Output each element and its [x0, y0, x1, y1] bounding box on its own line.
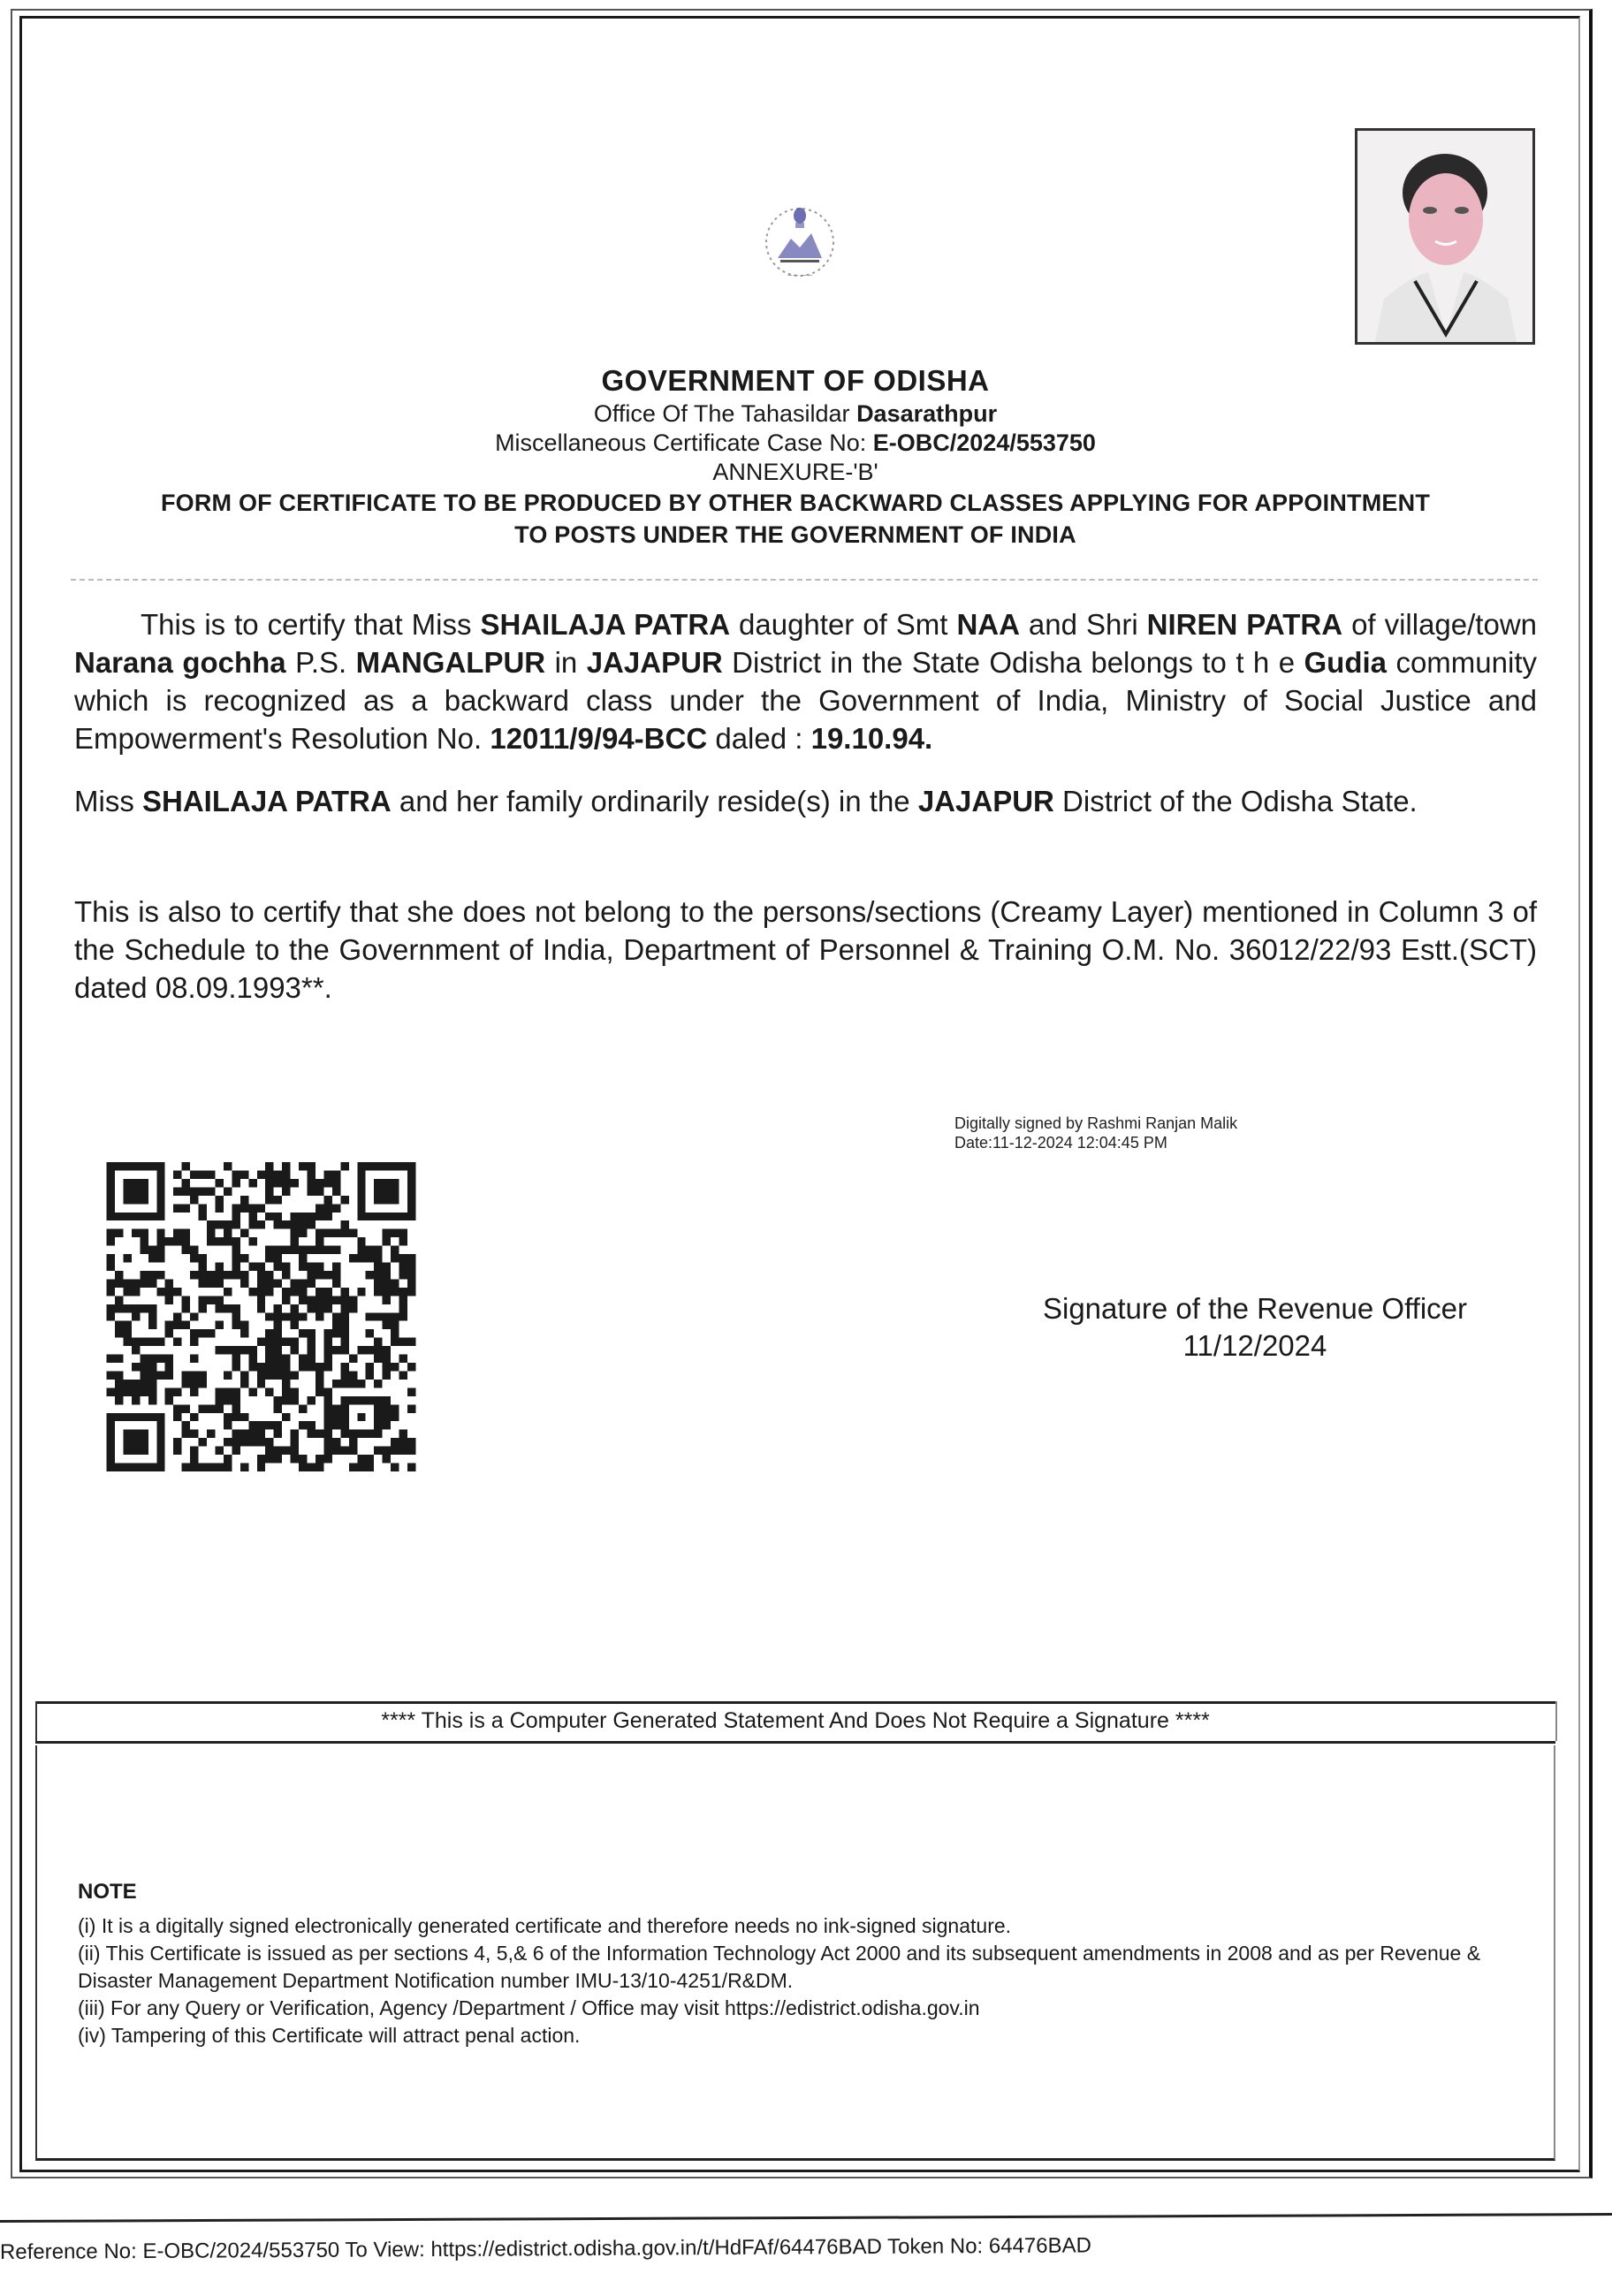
reference-line: Reference No: E-OBC/2024/553750 To View:… — [0, 2232, 1091, 2266]
computer-generated-notice: **** This is a Computer Generated Statem… — [35, 1706, 1555, 1736]
note-item: (ii) This Certificate is issued as per s… — [78, 1940, 1527, 1995]
police-station: MANGALPUR — [356, 646, 545, 679]
note-item: (iii) For any Query or Verification, Age… — [78, 1995, 1527, 2022]
applicant-name: SHAILAJA PATRA — [142, 785, 392, 817]
annexure-label: ANNEXURE-'B' — [53, 458, 1538, 487]
district-name: JAJAPUR — [587, 646, 723, 679]
footer-divider — [0, 2213, 1612, 2223]
mother-name: NAA — [956, 608, 1020, 641]
community-name: Gudia — [1304, 646, 1388, 679]
case-number-line: Miscellaneous Certificate Case No: E-OBC… — [53, 429, 1538, 458]
creamy-layer-paragraph: This is also to certify that she does no… — [74, 893, 1537, 1007]
applicant-photo — [1355, 128, 1535, 345]
father-name: NIREN PATRA — [1147, 608, 1342, 641]
district-name: JAJAPUR — [918, 785, 1054, 817]
certificate-header: GOVERNMENT OF ODISHA Office Of The Tahas… — [53, 362, 1538, 551]
note-item: (iv) Tampering of this Certificate will … — [78, 2022, 1527, 2049]
signature-block: Signature of the Revenue Officer 11/12/2… — [1007, 1290, 1502, 1365]
residence-paragraph: Miss SHAILAJA PATRA and her family ordin… — [74, 782, 1537, 820]
form-title-line2: TO POSTS UNDER THE GOVERNMENT OF INDIA — [53, 519, 1538, 551]
government-title: GOVERNMENT OF ODISHA — [53, 362, 1538, 399]
note-section: NOTE (i) It is a digitally signed electr… — [78, 1878, 1527, 2049]
village-name: Narana gochha — [74, 646, 286, 679]
signature-label: Signature of the Revenue Officer — [1007, 1290, 1502, 1327]
band-right-rule — [1555, 1701, 1557, 1741]
office-line: Office Of The Tahasildar Dasarathpur — [53, 399, 1538, 429]
band-top-rule — [35, 1701, 1555, 1704]
band-bottom-rule — [35, 1741, 1555, 1744]
digital-signature-info: Digitally signed by Rashmi Ranjan Malik … — [954, 1114, 1237, 1152]
note-title: NOTE — [78, 1878, 1527, 1905]
header-divider — [71, 579, 1538, 581]
qr-code[interactable] — [95, 1162, 427, 1471]
signature-date: 11/12/2024 — [1007, 1327, 1502, 1365]
note-item: (i) It is a digitally signed electronica… — [78, 1912, 1527, 1940]
office-name: Dasarathpur — [856, 400, 997, 427]
form-title-line1: FORM OF CERTIFICATE TO BE PRODUCED BY OT… — [53, 487, 1538, 519]
resolution-number: 12011/9/94-BCC — [490, 722, 707, 755]
digital-signer: Digitally signed by Rashmi Ranjan Malik — [954, 1114, 1237, 1133]
odisha-state-emblem-icon: ~~ ~~ — [751, 196, 848, 289]
svg-text:~~ ~~: ~~ ~~ — [787, 271, 812, 279]
applicant-name: SHAILAJA PATRA — [480, 608, 730, 641]
case-number: E-OBC/2024/553750 — [873, 430, 1096, 456]
certification-paragraph: This is to certify that Miss SHAILAJA PA… — [74, 605, 1537, 757]
resolution-date: 19.10.94. — [811, 722, 933, 755]
digital-sign-date: Date:11-12-2024 12:04:45 PM — [954, 1133, 1237, 1152]
